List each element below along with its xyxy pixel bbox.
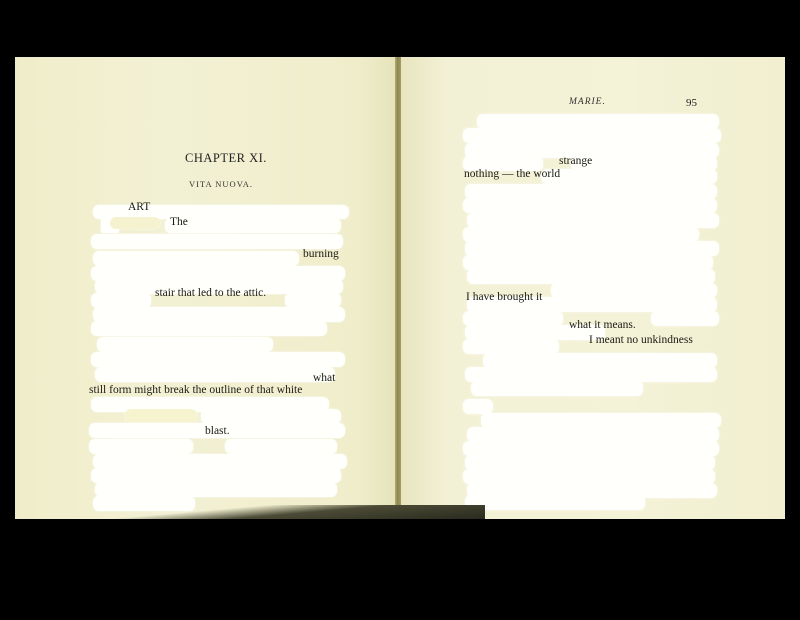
right-page: MARIE. 95 strange nothing <box>401 57 785 519</box>
redaction-stroke <box>95 482 337 497</box>
redaction-stroke <box>201 409 341 424</box>
redaction-stroke <box>463 198 717 213</box>
redaction-stroke <box>465 495 645 510</box>
poem-word: what <box>313 371 335 385</box>
redaction-stroke <box>477 114 719 129</box>
redaction-stroke <box>481 413 721 428</box>
redaction-stroke <box>463 469 715 484</box>
chapter-subtitle: VITA NUOVA. <box>189 179 253 189</box>
chapter-title: CHAPTER XI. <box>185 151 267 166</box>
redaction-stroke <box>110 217 160 229</box>
redaction-stroke <box>463 227 699 242</box>
page-number: 95 <box>686 97 697 109</box>
redaction-stroke <box>463 399 493 414</box>
redaction-stroke <box>467 427 719 442</box>
redaction-stroke <box>465 184 717 199</box>
left-page: CHAPTER XI. VITA NUOVA. ART The burning … <box>15 57 397 519</box>
poem-word: stair that led to the attic. <box>155 286 266 300</box>
redaction-stroke <box>93 454 347 469</box>
poem-word: burning <box>303 247 339 261</box>
redaction-stroke <box>91 293 151 308</box>
redaction-stroke <box>463 311 563 326</box>
redaction-stroke <box>651 311 719 326</box>
redaction-stroke <box>463 128 721 143</box>
redaction-stroke <box>467 269 715 284</box>
redaction-stroke <box>463 255 713 270</box>
redaction-stroke <box>463 441 719 456</box>
redaction-stroke <box>285 293 341 308</box>
poem-word: what it means. <box>569 318 636 332</box>
running-head: MARIE. <box>569 97 606 107</box>
poem-word: I meant no unkindness <box>589 333 693 347</box>
redaction-stroke <box>89 439 193 454</box>
redaction-stroke <box>483 353 717 368</box>
redaction-stroke <box>91 321 327 336</box>
poem-word: I have brought it <box>466 290 542 304</box>
redaction-stroke <box>125 409 197 424</box>
redaction-stroke <box>465 455 715 470</box>
redaction-stroke <box>97 337 273 352</box>
redaction-stroke <box>465 241 719 256</box>
redaction-stroke <box>165 218 341 233</box>
poem-word: ART <box>128 200 150 214</box>
page-edge-shadow <box>15 505 485 519</box>
redaction-stroke <box>93 307 345 322</box>
redaction-stroke <box>541 169 717 184</box>
poem-word: strange <box>559 154 592 168</box>
poem-word: The <box>170 215 188 229</box>
redaction-stroke <box>467 213 719 228</box>
poem-word: nothing — the world <box>464 167 560 181</box>
poem-word: blast. <box>205 424 230 438</box>
redaction-stroke <box>91 352 345 367</box>
redaction-stroke <box>465 367 717 382</box>
book-spread: CHAPTER XI. VITA NUOVA. ART The burning … <box>15 57 785 519</box>
redaction-stroke <box>95 367 335 382</box>
redaction-stroke <box>471 381 643 396</box>
poem-word: still form might break the outline of th… <box>89 383 302 397</box>
redaction-stroke <box>463 339 559 354</box>
redaction-stroke <box>551 283 717 298</box>
redaction-stroke <box>93 251 299 266</box>
redaction-stroke <box>225 439 337 454</box>
redaction-stroke <box>91 468 341 483</box>
